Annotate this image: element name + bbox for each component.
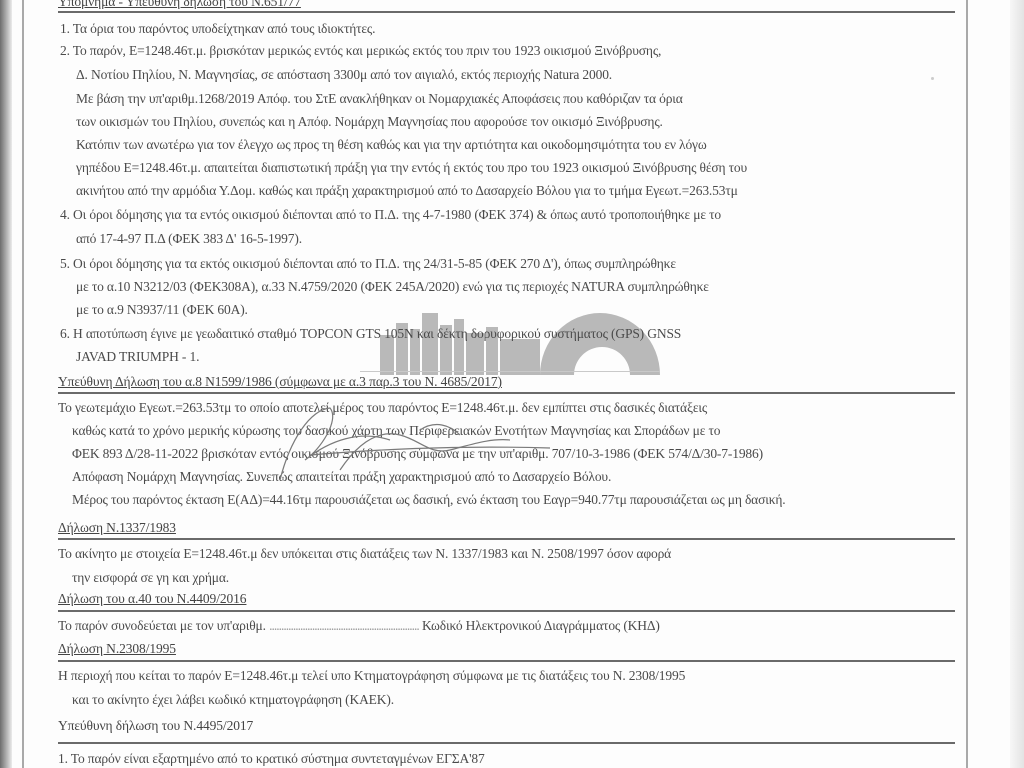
note-line: Δ. Νοτίου Πηλίου, Ν. Μαγνησίας, σε απόστ…	[76, 67, 612, 83]
note-line: από 17-4-97 Π.Δ (ΦΕΚ 383 Δ' 16-5-1997).	[76, 231, 302, 247]
note-line: 1. Τα όρια του παρόντος υποδείχτηκαν από…	[60, 21, 375, 37]
divider-rule	[58, 742, 955, 744]
divider-rule	[58, 610, 955, 612]
law-4409-suffix: Κωδικό Ηλεκτρονικού Διαγράμματος (ΚΗΔ)	[422, 618, 660, 633]
divider-rule	[58, 392, 955, 394]
khd-number-blank: ........................................…	[269, 618, 419, 633]
law-2308-line: Η περιοχή που κείται το παρόν Ε=1248.46τ…	[58, 668, 685, 684]
note-line: Με βάση την υπ'αριθμ.1268/2019 Απόφ. του…	[76, 91, 683, 107]
note-line: των οικισμών του Πηλίου, συνεπώς και η Α…	[76, 114, 663, 130]
note-line: 6. Η αποτύπωση έγινε με γεωδαιτικό σταθμ…	[60, 326, 681, 342]
heading-notes: Υπόμνημα - Υπεύθυνη δήλωση του Ν.651/77	[58, 0, 301, 10]
law-4495-line: 1. Το παρόν είναι εξαρτημένο από το κρατ…	[58, 751, 485, 767]
handwritten-signature-icon	[190, 400, 610, 490]
note-line: ακινήτου από την αρμόδια Υ.Δομ. καθώς κα…	[76, 183, 738, 199]
law-4409-line: Το παρόν συνοδεύεται με τον υπ'αριθμ. ..…	[58, 618, 660, 634]
scan-left-edge-shadow	[0, 0, 12, 768]
law-1337-line: Το ακίνητο με στοιχεία Ε=1248.46τ.μ δεν …	[58, 546, 671, 562]
note-line: με το α.9 Ν3937/11 (ΦΕΚ 60Α).	[76, 302, 248, 318]
divider-rule	[58, 11, 955, 13]
page-border-left	[22, 0, 24, 768]
note-line: 4. Οι όροι δόμησης για τα εντός οικισμού…	[60, 207, 721, 223]
note-line: Κατόπιν των ανωτέρω για τον έλεγχο ως πρ…	[76, 137, 707, 153]
heading-law-2308: Δήλωση Ν.2308/1995	[58, 641, 176, 657]
law-1337-line: την εισφορά σε γη και χρήμα.	[72, 570, 229, 586]
page-border-right	[966, 0, 968, 768]
note-line: 5. Οι όροι δόμησης για τα εκτός οικισμού…	[60, 256, 676, 272]
note-line: με το α.10 Ν3212/03 (ΦΕΚ308Α), α.33 Ν.47…	[76, 279, 709, 295]
heading-law-4495: Υπεύθυνη δήλωση του Ν.4495/2017	[58, 718, 253, 734]
forest-line: Μέρος του παρόντος έκταση Ε(ΑΔ)=44.16τμ …	[72, 492, 786, 508]
scan-speck	[931, 77, 934, 80]
heading-law-1337: Δήλωση Ν.1337/1983	[58, 520, 176, 536]
heading-law-4409: Δήλωση του α.40 του Ν.4409/2016	[58, 591, 246, 607]
divider-rule	[58, 660, 955, 662]
note-line: JAVAD TRIUMPH - 1.	[76, 349, 199, 365]
scan-right-edge	[1010, 0, 1024, 768]
heading-forest-declaration: Υπεύθυνη Δήλωση του α.8 Ν1599/1986 (σύμφ…	[58, 374, 502, 390]
divider-rule	[58, 538, 955, 540]
note-line: 2. Το παρόν, Ε=1248.46τ.μ. βρισκόταν μερ…	[60, 43, 661, 59]
law-4409-prefix: Το παρόν συνοδεύεται με τον υπ'αριθμ.	[58, 618, 266, 633]
law-2308-line: και το ακίνητο έχει λάβει κωδικό κτηματο…	[72, 692, 394, 708]
note-line: γηπέδου Ε=1248.46τ.μ. απαιτείται διαπιστ…	[76, 160, 747, 176]
